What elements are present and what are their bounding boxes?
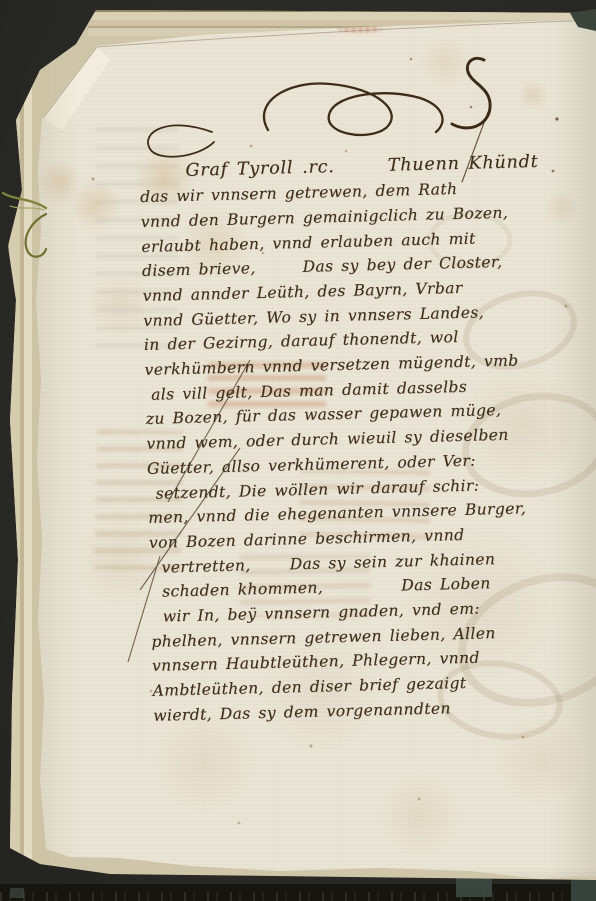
- manuscript-scan: Graf Tyroll .rc. Thuenn Khündt das wir v…: [0, 0, 596, 901]
- scanner-bed-strip: [0, 884, 596, 901]
- manuscript-page: Graf Tyroll .rc. Thuenn Khündt das wir v…: [0, 0, 596, 901]
- calibration-patch: [10, 888, 24, 898]
- manuscript-text-block: Graf Tyroll .rc. Thuenn Khündt das wir v…: [100, 100, 596, 730]
- calibration-patch: [456, 876, 492, 897]
- scanner-bed-noise: [0, 892, 596, 901]
- binding-thread: [0, 180, 70, 300]
